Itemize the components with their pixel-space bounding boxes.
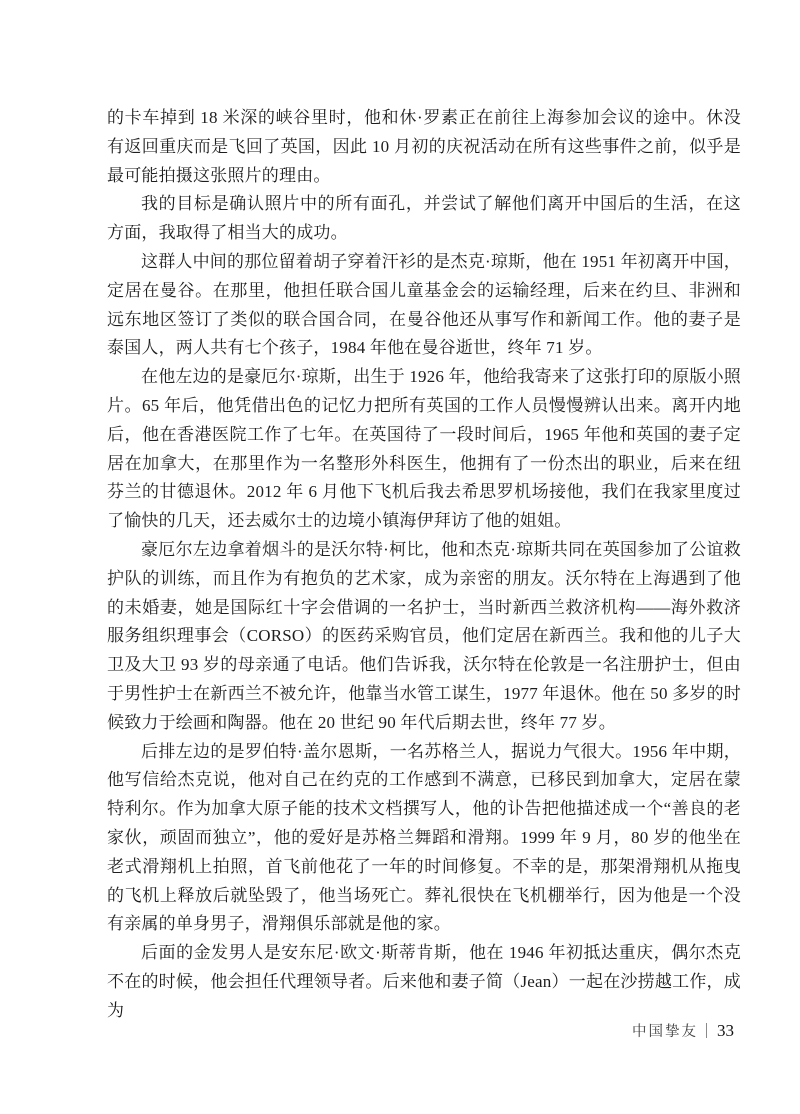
running-footer-title: 中国挚友 <box>632 1020 698 1041</box>
footer-divider <box>706 1023 707 1038</box>
page-number: 33 <box>717 1021 734 1041</box>
book-page: 的卡车掉到 18 米深的峡谷里时，他和休·罗素正在前往上海参加会议的途中。休没有… <box>0 0 800 1114</box>
paragraph-anthony-stevens: 后面的金发男人是安东尼·欧文·斯蒂肯斯，他在 1946 年初抵达重庆，偶尔杰克不… <box>107 939 741 1025</box>
page-footer: 中国挚友 33 <box>632 1020 734 1041</box>
paragraph-continuation: 的卡车掉到 18 米深的峡谷里时，他和休·罗素正在前往上海参加会议的途中。休没有… <box>107 104 741 190</box>
paragraph-robert-gairns: 后排左边的是罗伯特·盖尔恩斯，一名苏格兰人，据说力气很大。1956 年中期，他写… <box>107 738 741 940</box>
paragraph-goal: 我的目标是确认照片中的所有面孔，并尝试了解他们离开中国后的生活，在这方面，我取得… <box>107 190 741 248</box>
paragraph-jack-jones: 这群人中间的那位留着胡子穿着汗衫的是杰克·琼斯，他在 1951 年初离开中国，定… <box>107 248 741 363</box>
paragraph-howell-jones: 在他左边的是豪厄尔·琼斯，出生于 1926 年，他给我寄来了这张打印的原版小照片… <box>107 363 741 536</box>
body-text: 的卡车掉到 18 米深的峡谷里时，他和休·罗素正在前往上海参加会议的途中。休没有… <box>107 104 741 1026</box>
paragraph-walter-kirby: 豪厄尔左边拿着烟斗的是沃尔特·柯比，他和杰克·琼斯共同在英国参加了公谊救护队的训… <box>107 536 741 738</box>
